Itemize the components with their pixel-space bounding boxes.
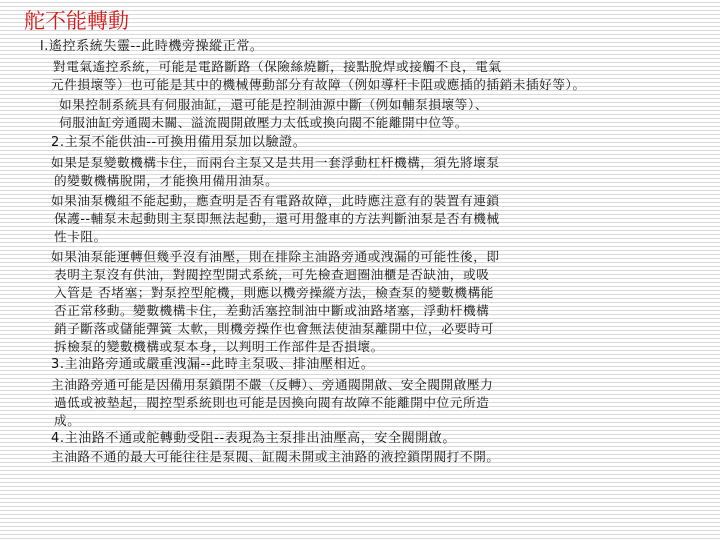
body-line: 拆檢泵的變數機構或泵本身，以判明工作部件是否損壞。 [54,338,384,355]
slide-title: 舵不能轉動 [24,8,129,34]
body-line: 如果油泵機組不能起動，應查明是否有電路故障，此時應注意有的裝置有連鎖 [51,192,500,209]
body-line: 的變數機構脫開，才能換用備用油泵。 [54,172,278,189]
body-line: 入管是 否堵塞；對泵控型舵機，則應以機旁操縱方法，檢查泵的變數機構能 [54,284,494,301]
body-line: 性卡阻。 [54,228,107,245]
section-1-heading: l.遙控系統失靈--此時機旁操縱正常。 [40,38,264,55]
body-line: 主油路旁通可能是因備用泵鎖閉不嚴（反轉）、旁通閥開啟、安全閥開啟壓力 [51,376,493,393]
body-line: 如果控制系統具有伺服油缸，還可能是控制油源中斷（例如輔泵損壞等）、 [59,96,488,113]
body-line: 主油路不通的最大可能往往是泵閥、缸閥未開或主油路的液控鎖閉閥打不開。 [51,448,500,465]
body-line: 成。 [54,412,80,429]
body-line: 表明主泵沒有供油，對閥控型開式系統，可先檢查迴圈油櫃是否缺油，或吸 [54,266,489,283]
section-4-heading: 4.主油路不通或舵轉動受阻--表現為主泵排出油壓高，安全閥開啟。 [51,430,456,447]
body-line: 否正常移動。變數機構卡住，差動活塞控制油中斷或油路堵塞，浮動杆機構 [54,302,489,319]
body-line: 過低或被墊起，閥控型系統則也可能是因換向閥有故障不能離開中位元所造 [54,394,489,411]
body-line: 保護--輔泵未起動則主泵即無法起動，還可用盤車的方法判斷油泵是否有機械 [54,210,500,227]
body-line: 伺服油缸旁通閥未關、溢流閥開啟壓力太低或換向閥不能離開中位等。 [59,114,468,131]
body-line: 如果是泵變數機構卡住，而兩台主泵又是共用一套浮動杠杆機構，須先將壞泵 [51,154,500,171]
body-line: 如果油泵能運轉但幾乎沒有油壓，則在排除主油路旁通或洩漏的可能性後，即 [51,248,500,265]
body-line: 對電氣遙控系統，可能是電路斷路（保險絲燒斷，接點脫焊或接觸不良，電氣 [53,58,502,75]
body-line: 元件損壞等）也可能是其中的機械傳動部分有故障（例如導杆卡阻或應插的插銷未插好等）… [51,76,586,93]
section-2-heading: 2.主泵不能供油--可換用備用泵加以驗證。 [51,134,306,151]
body-line: 銷子斷落或儲能彈簧 太軟，則機旁操作也會無法使油泵離開中位，必要時可 [54,320,494,337]
section-3-heading: 3.主油路旁通或嚴重洩漏--此時主泵吸、排油壓相近。 [51,356,374,373]
